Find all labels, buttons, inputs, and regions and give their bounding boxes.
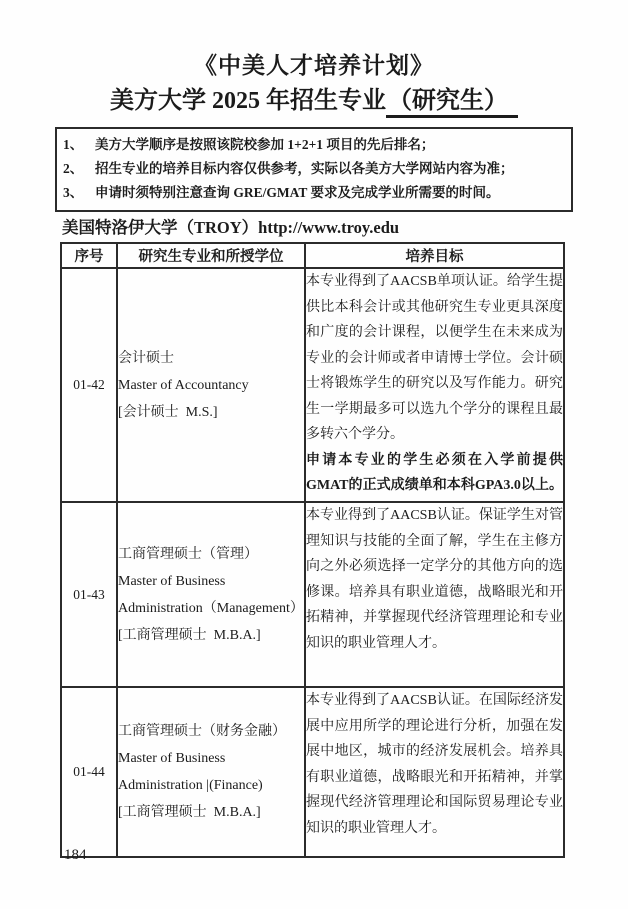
page-number: 184 — [64, 847, 87, 864]
major-degree-cell: 工商管理硕士（财务金融） Master of Business Administ… — [117, 687, 305, 857]
document-title-line2: 美方大学 2025 年招生专业（研究生） — [0, 84, 628, 118]
notice-text: 申请时须特别注意查询 GRE/GMAT 要求及完成学业所需要的时间。 — [95, 181, 563, 205]
major-line: 会计硕士 — [118, 345, 304, 372]
notice-line-2: 2、 招生专业的培养目标内容仅供参考，实际以各美方大学网站内容为准； — [63, 157, 563, 181]
notice-text: 招生专业的培养目标内容仅供参考，实际以各美方大学网站内容为准； — [95, 157, 563, 181]
header-major-degree: 研究生专业和所授学位 — [117, 243, 305, 268]
table-row: 01-44 工商管理硕士（财务金融） Master of Business Ad… — [61, 687, 564, 857]
major-degree-cell: 工商管理硕士（管理） Master of Business Administra… — [117, 502, 305, 687]
table-row: 01-42 会计硕士 Master of Accountancy [会计硕士 M… — [61, 268, 564, 502]
notice-number: 3、 — [63, 181, 95, 205]
notice-line-1: 1、 美方大学顺序是按照该院校参加 1+2+1 项目的先后排名； — [63, 133, 563, 157]
document-page: 《中美人才培养计划》 美方大学 2025 年招生专业（研究生） 1、 美方大学顺… — [0, 0, 628, 909]
title-line2-prefix: 美方大学 2025 年招生专业 — [110, 88, 386, 114]
training-objective-cell: 本专业得到了AACSB认证。保证学生对管理知识与技能的全面了解，学生在主修方向之… — [305, 502, 564, 687]
major-line: [会计硕士 M.S.] — [118, 399, 304, 426]
majors-table: 序号 研究生专业和所授学位 培养目标 01-42 会计硕士 Master of … — [60, 242, 565, 858]
major-line: Administration（Management） — [118, 595, 304, 622]
table-row: 01-43 工商管理硕士（管理） Master of Business Admi… — [61, 502, 564, 687]
notice-number: 1、 — [63, 133, 95, 157]
objective-text: 本专业得到了AACSB认证。保证学生对管理知识与技能的全面了解，学生在主修方向之… — [306, 503, 563, 656]
notice-text: 美方大学顺序是按照该院校参加 1+2+1 项目的先后排名； — [95, 133, 563, 157]
table-header-row: 序号 研究生专业和所授学位 培养目标 — [61, 243, 564, 268]
objective-text: 本专业得到了AACSB认证。在国际经济发展中应用所学的理论进行分析，加强在发展中… — [306, 688, 563, 841]
serial-number: 01-43 — [61, 502, 117, 687]
major-line: Master of Business — [118, 568, 304, 595]
header-serial-number: 序号 — [61, 243, 117, 268]
major-line: Master of Accountancy — [118, 372, 304, 399]
major-line: [工商管理硕士 M.B.A.] — [118, 622, 304, 649]
major-degree-cell: 会计硕士 Master of Accountancy [会计硕士 M.S.] — [117, 268, 305, 502]
objective-bold-note: 申请本专业的学生必须在入学前提供GMAT的正式成绩单和本科GPA3.0以上。 — [306, 448, 563, 499]
notice-number: 2、 — [63, 157, 95, 181]
major-line: Administration |(Finance) — [118, 772, 304, 799]
university-heading: 美国特洛伊大学（TROY）http://www.troy.edu — [62, 217, 628, 239]
serial-number: 01-44 — [61, 687, 117, 857]
title-line2-underlined: （研究生） — [386, 88, 518, 118]
document-title-line1: 《中美人才培养计划》 — [0, 50, 628, 82]
major-line: Master of Business — [118, 745, 304, 772]
major-line: 工商管理硕士（管理） — [118, 541, 304, 568]
serial-number: 01-42 — [61, 268, 117, 502]
training-objective-cell: 本专业得到了AACSB单项认证。给学生提供比本科会计或其他研究生专业更具深度和广… — [305, 268, 564, 502]
header-training-objective: 培养目标 — [305, 243, 564, 268]
training-objective-cell: 本专业得到了AACSB认证。在国际经济发展中应用所学的理论进行分析，加强在发展中… — [305, 687, 564, 857]
notice-line-3: 3、 申请时须特别注意查询 GRE/GMAT 要求及完成学业所需要的时间。 — [63, 181, 563, 205]
objective-text: 本专业得到了AACSB单项认证。给学生提供比本科会计或其他研究生专业更具深度和广… — [306, 269, 563, 448]
major-line: [工商管理硕士 M.B.A.] — [118, 799, 304, 826]
major-line: 工商管理硕士（财务金融） — [118, 718, 304, 745]
notice-box: 1、 美方大学顺序是按照该院校参加 1+2+1 项目的先后排名； 2、 招生专业… — [55, 127, 573, 212]
